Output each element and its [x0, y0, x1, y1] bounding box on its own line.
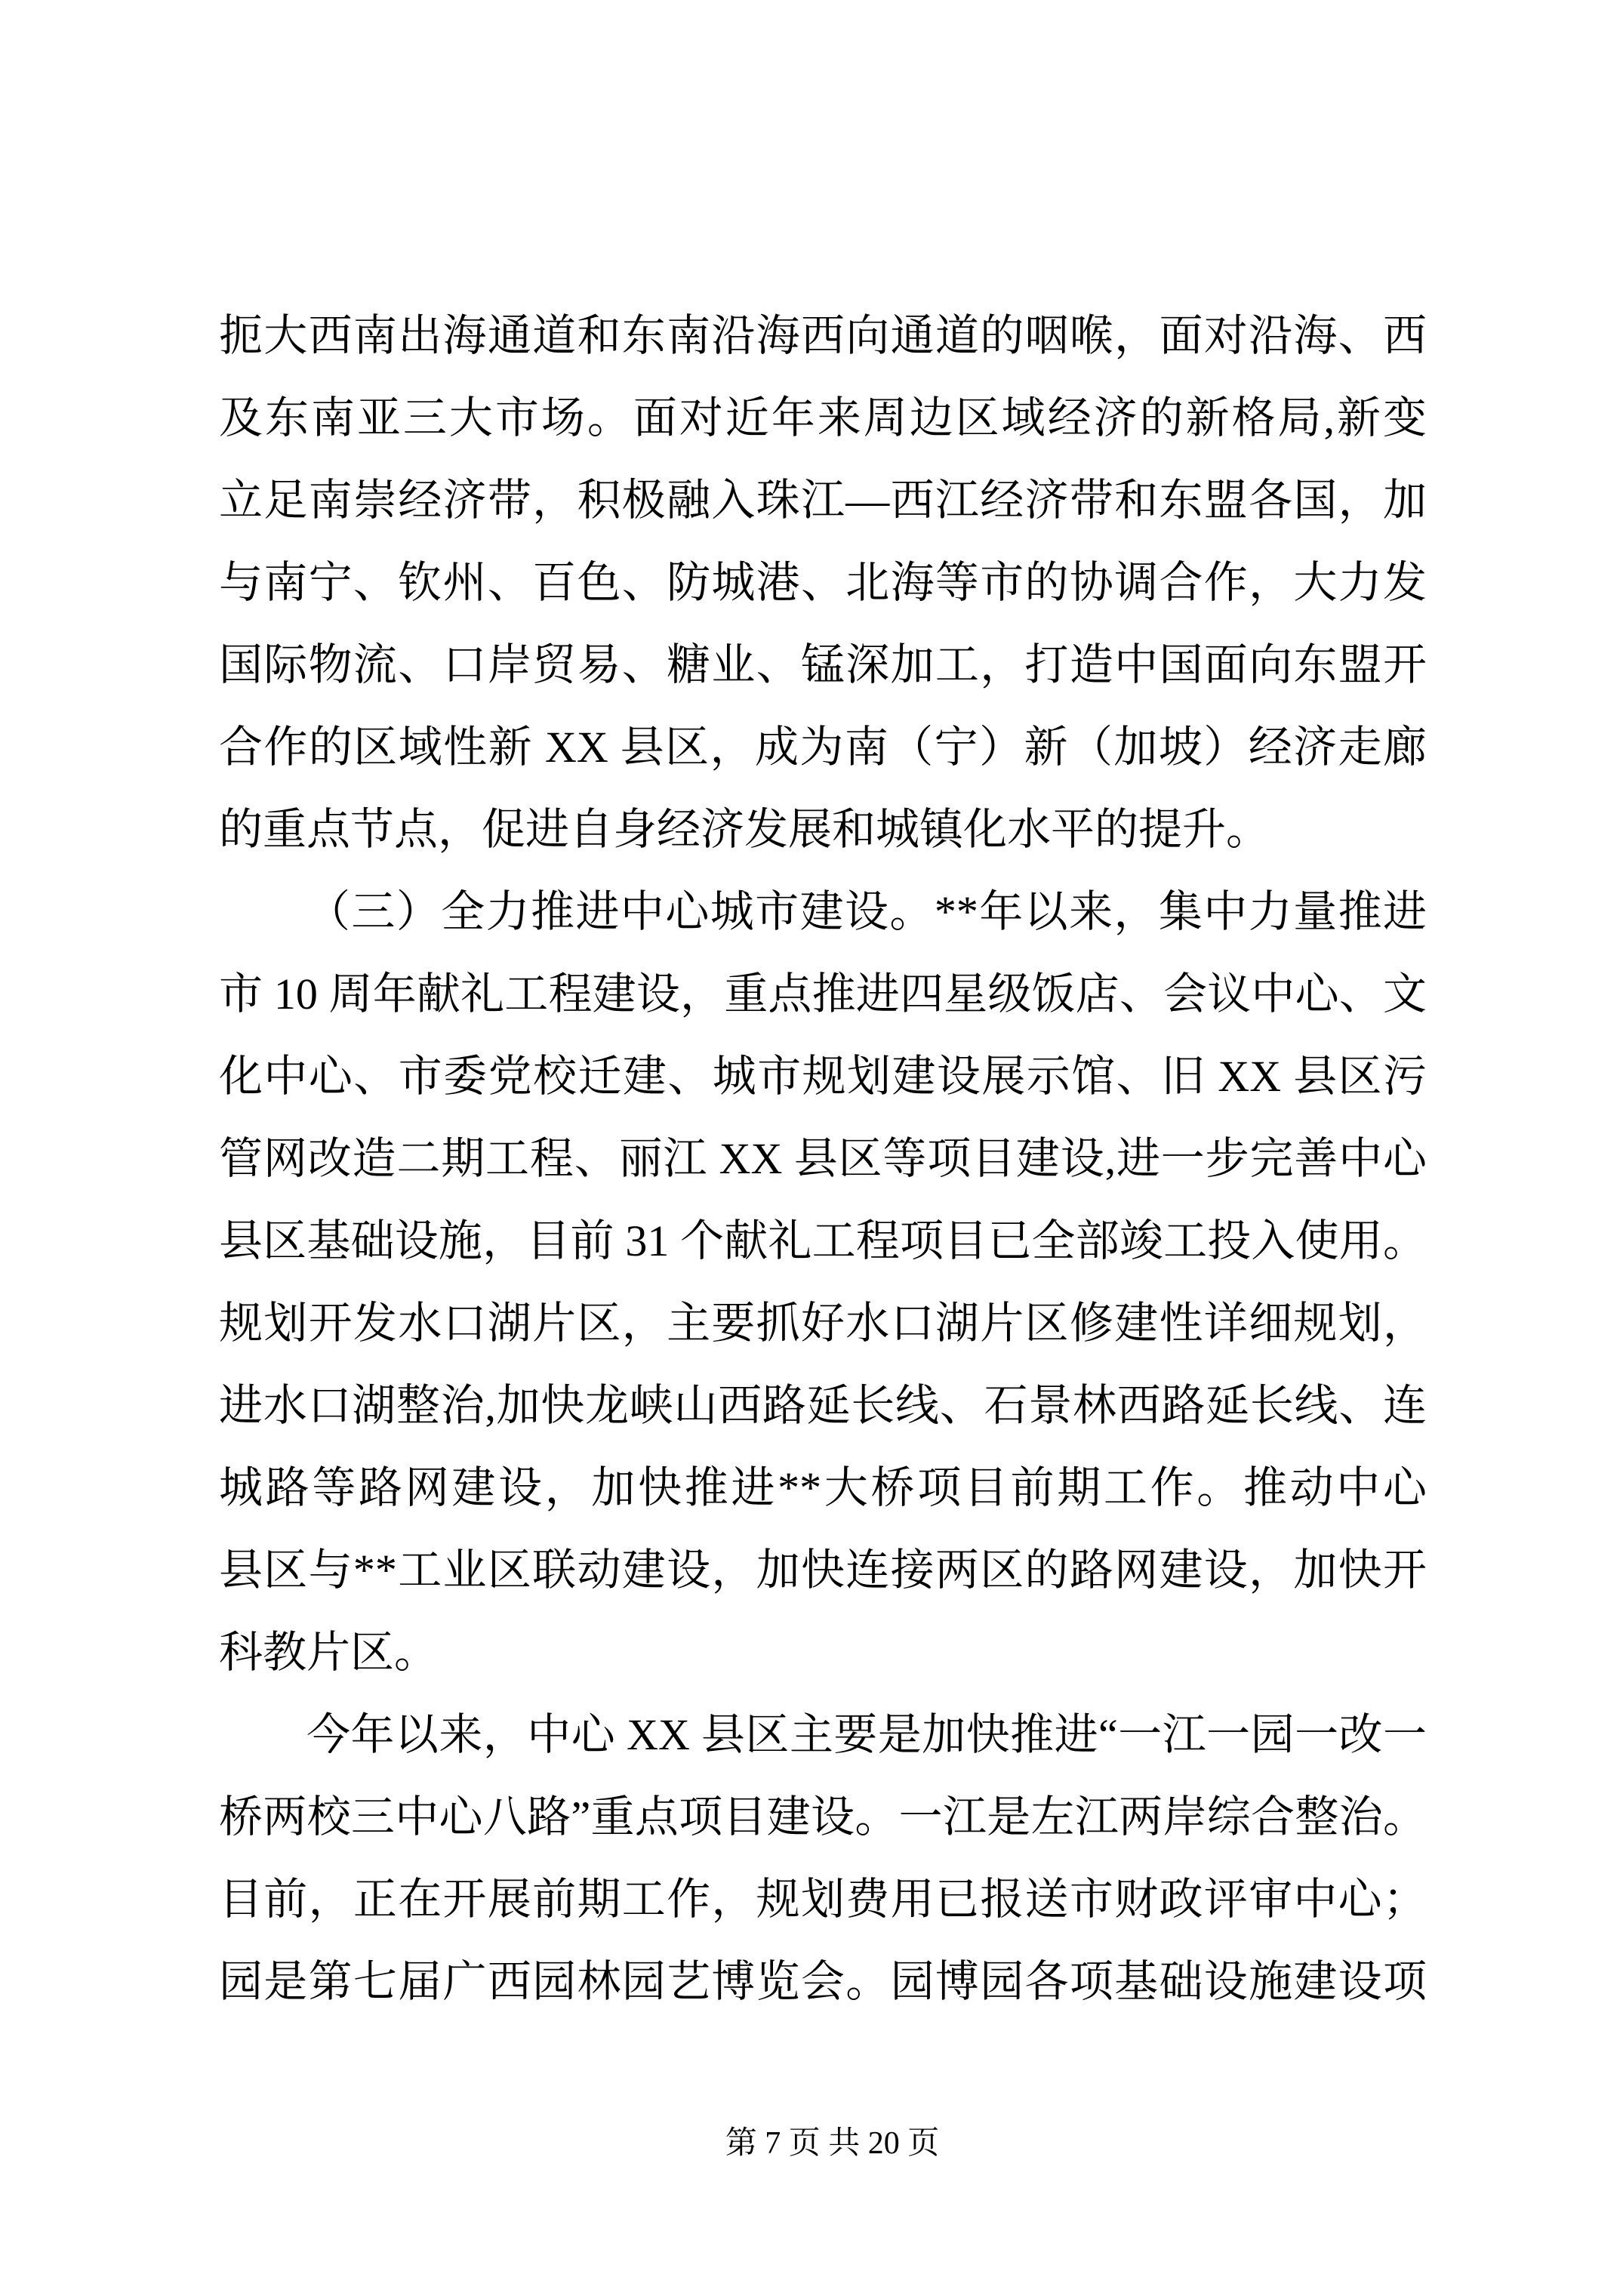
body-line: 管网改造二期工程、丽江 XX 县区等项目建设,进一步完善中心 XX — [219, 1117, 1427, 1200]
document-page: 扼大西南出海通道和东南沿海西向通道的咽喉，面对沿海、西南 及东南亚三大市场。面对… — [0, 0, 1623, 2296]
body-line: 进水口湖整治,加快龙峡山西路延长线、石景林西路延长线、连 — [219, 1364, 1427, 1447]
body-line: 桥两校三中心八路”重点项目建设。一江是左江两岸综合整治。 — [219, 1776, 1427, 1858]
body-line: 化中心、市委党校迁建、城市规划建设展示馆、旧 XX 县区污水 — [219, 1035, 1427, 1117]
body-line: 城路等路网建设，加快推进**大桥项目前期工作。推动中心 XX — [219, 1447, 1427, 1529]
body-line: 国际物流、口岸贸易、糖业、锰深加工，打造中国面向东盟开放 — [219, 624, 1427, 706]
body-line: 及东南亚三大市场。面对近年来周边区域经济的新格局,新变化,** — [219, 377, 1427, 459]
body-line: 园是第七届广西园林园艺博览会。园博园各项基础设施建设项目 — [219, 1940, 1427, 2023]
body-line: 扼大西南出海通道和东南沿海西向通道的咽喉，面对沿海、西南 — [219, 294, 1427, 377]
body-line: 市 10 周年献礼工程建设，重点推进四星级饭店、会议中心、文 — [219, 953, 1427, 1035]
document-body: 扼大西南出海通道和东南沿海西向通道的咽喉，面对沿海、西南 及东南亚三大市场。面对… — [219, 294, 1427, 2023]
body-line: 目前，正在开展前期工作，规划费用已报送市财政评审中心；一 — [219, 1858, 1427, 1940]
body-line: 县区与**工业区联动建设，加快连接两区的路网建设，加快开发 — [219, 1529, 1427, 1611]
body-line: 立足南崇经济带，积极融入珠江—西江经济带和东盟各国，加强 — [219, 459, 1427, 541]
body-line: 合作的区域性新 XX 县区，成为南（宁）新（加坡）经济走廊上 — [219, 706, 1427, 788]
body-line paragraph-start: （三）全力推进中心城市建设。**年以来，集中力量推进建 — [219, 871, 1427, 953]
body-line: 与南宁、钦州、百色、防城港、北海等市的协调合作，大力发展 — [219, 541, 1427, 624]
page-number-footer: 第 7 页 共 20 页 — [0, 2122, 1623, 2165]
body-line: 科教片区。 — [219, 1611, 1427, 1693]
body-line: 县区基础设施，目前 31 个献礼工程项目已全部竣工投入使用。 — [219, 1200, 1427, 1282]
body-line paragraph-start: 今年以来，中心 XX 县区主要是加快推进“一江一园一改一 — [219, 1693, 1427, 1776]
body-line: 的重点节点，促进自身经济发展和城镇化水平的提升。 — [219, 788, 1427, 871]
body-line: 规划开发水口湖片区，主要抓好水口湖片区修建性详细规划，推 — [219, 1282, 1427, 1364]
